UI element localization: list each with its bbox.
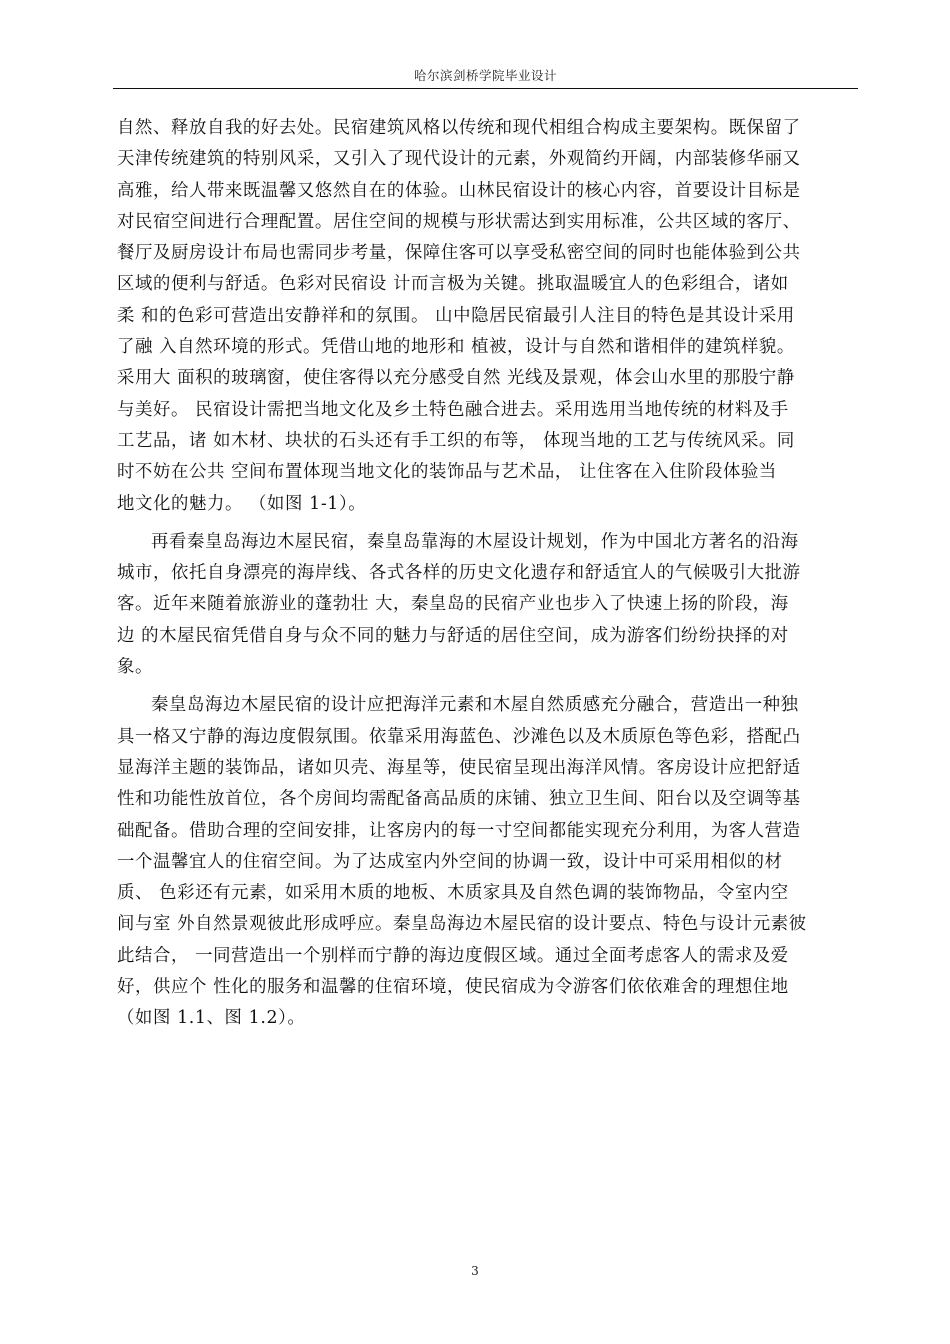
text-line: 餐厅及厨房设计布局也需同步考量，保障住客可以享受私密空间的同时也能体验到公共 [117, 238, 862, 269]
text-line: 对民宿空间进行合理配置。居住空间的规模与形状需达到实用标准，公共区域的客厅、 [117, 207, 862, 238]
text-line: 高雅，给人带来既温馨又悠然自在的体验。山林民宿设计的核心内容，首要设计目标是 [117, 176, 862, 207]
text-line: 显海洋主题的装饰品，诸如贝壳、海星等，使民宿呈现出海洋风情。客房设计应把舒适 [117, 753, 862, 784]
page-number: 3 [0, 1264, 950, 1278]
header-divider [113, 88, 858, 89]
text-line: 柔 和的色彩可营造出安静祥和的氛围。 山中隐居民宿最引人注目的特色是其设计采用 [117, 301, 862, 332]
text-line: 性和功能性放首位，各个房间均需配备高品质的床铺、独立卫生间、阳台以及空调等基 [117, 784, 862, 815]
text-line: 时不妨在公共 空间布置体现当地文化的装饰品与艺术品， 让住客在入住阶段体验当 [117, 457, 862, 488]
text-line: 象。 [117, 652, 862, 683]
paragraph-3: 秦皇岛海边木屋民宿的设计应把海洋元素和木屋自然质感充分融合，营造出一种独 具一格… [117, 690, 862, 1034]
text-line: 客。近年来随着旅游业的蓬勃壮 大，秦皇岛的民宿产业也步入了快速上扬的阶段，海 [117, 589, 862, 620]
text-line: 好，供应个 性化的服务和温馨的住宿环境，使民宿成为令游客们依依难舍的理想住地 [117, 972, 862, 1003]
text-line: 自然、释放自我的好去处。民宿建筑风格以传统和现代相组合构成主要架构。既保留了 [117, 113, 862, 144]
text-line: 工艺品，诸 如木材、块状的石头还有手工织的布等， 体现当地的工艺与传统风采。同 [117, 426, 862, 457]
text-line: 间与室 外自然景观彼此形成呼应。秦皇岛海边木屋民宿的设计要点、特色与设计元素彼 [117, 909, 862, 940]
text-line: 础配备。借助合理的空间安排，让客房内的每一寸空间都能实现充分利用，为客人营造 [117, 816, 862, 847]
text-line: 采用大 面积的玻璃窗，使住客得以充分感受自然 光线及景观，体会山水里的那股宁静 [117, 363, 862, 394]
text-line: 与美好。 民宿设计需把当地文化及乡土特色融合进去。采用选用当地传统的材料及手 [117, 395, 862, 426]
text-line: 边 的木屋民宿凭借自身与众不同的魅力与舒适的居住空间，成为游客们纷纷抉择的对 [117, 621, 862, 652]
document-body: 自然、释放自我的好去处。民宿建筑风格以传统和现代相组合构成主要架构。既保留了 天… [117, 113, 862, 1035]
text-line: 秦皇岛海边木屋民宿的设计应把海洋元素和木屋自然质感充分融合，营造出一种独 [117, 690, 862, 721]
text-line: 此结合， 一同营造出一个别样而宁静的海边度假区域。通过全面考虑客人的需求及爱 [117, 941, 862, 972]
text-line: 具一格又宁静的海边度假氛围。依靠采用海蓝色、沙滩色以及木质原色等色彩，搭配凸 [117, 722, 862, 753]
text-line: 一个温馨宜人的住宿空间。为了达成室内外空间的协调一致，设计中可采用相似的材 [117, 847, 862, 878]
text-line: 天津传统建筑的特别风采，又引入了现代设计的元素，外观简约开阔，内部装修华丽又 [117, 144, 862, 175]
paragraph-1: 自然、释放自我的好去处。民宿建筑风格以传统和现代相组合构成主要架构。既保留了 天… [117, 113, 862, 520]
text-line: 地文化的魅力。 （如图 1-1）。 [117, 489, 862, 520]
paragraph-2: 再看秦皇岛海边木屋民宿，秦皇岛靠海的木屋设计规划，作为中国北方著名的沿海 城市，… [117, 527, 862, 683]
text-line: 区域的便利与舒适。色彩对民宿设 计而言极为关键。挑取温暖宜人的色彩组合，诸如 [117, 269, 862, 300]
page-header-title: 哈尔滨剑桥学院毕业设计 [113, 66, 858, 84]
text-line: 了融 入自然环境的形式。凭借山地的地形和 植被，设计与自然和谐相伴的建筑样貌。 [117, 332, 862, 363]
text-line: 质、 色彩还有元素，如采用木质的地板、木质家具及自然色调的装饰物品，令室内空 [117, 878, 862, 909]
text-line: （如图 1.1、图 1.2）。 [117, 1003, 862, 1034]
document-page: 哈尔滨剑桥学院毕业设计 自然、释放自我的好去处。民宿建筑风格以传统和现代相组合构… [0, 0, 950, 1344]
text-line: 再看秦皇岛海边木屋民宿，秦皇岛靠海的木屋设计规划，作为中国北方著名的沿海 [117, 527, 862, 558]
text-line: 城市，依托自身漂亮的海岸线、各式各样的历史文化遗存和舒适宜人的气候吸引大批游 [117, 558, 862, 589]
